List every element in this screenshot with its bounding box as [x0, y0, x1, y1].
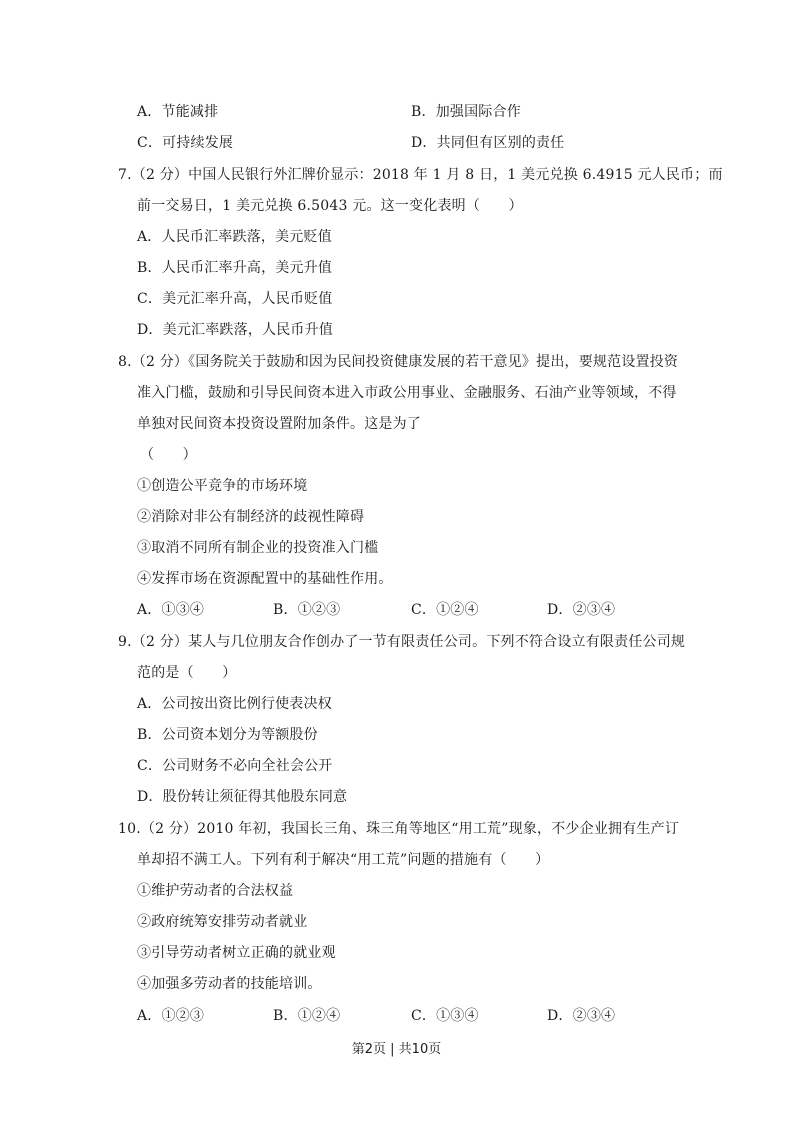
q8-stem-line3: 单独对民间资本投资设置附加条件。这是为了	[137, 415, 421, 433]
q10-option-a: A．①②③	[137, 1007, 204, 1025]
q10-item-2: ②政府统筹安排劳动者就业	[137, 913, 307, 931]
q8-item-4: ④发挥市场在资源配置中的基础性作用。	[137, 570, 393, 588]
q10-stem-line2: 单却招不满工人。下列有利于解决“用工荒”问题的措施有（ ）	[137, 851, 549, 869]
q10-item-3: ③引导劳动者树立正确的就业观	[137, 944, 336, 962]
q10-option-d: D．②③④	[547, 1007, 615, 1025]
q7-option-c: C．美元汇率升高，人民币贬值	[137, 290, 333, 308]
q7-option-b: B．人民币汇率升高，美元升值	[137, 259, 332, 277]
q6-option-c: C．可持续发展	[137, 134, 233, 152]
q8-option-c: C．①②④	[411, 601, 479, 619]
q7-stem-line2: 前一交易日，1 美元兑换 6.5043 元。这一变化表明（ ）	[137, 197, 523, 215]
q6-option-a: A．节能减排	[137, 103, 218, 121]
q8-stem-line2: 准入门槛，鼓励和引导民间资本进入市政公用事业、金融服务、石油产业等领域，不得	[137, 384, 677, 402]
q10-item-1: ①维护劳动者的合法权益	[137, 882, 293, 900]
q8-option-d: D．②③④	[547, 601, 615, 619]
q9-option-a: A．公司按出资比例行使表决权	[137, 695, 332, 713]
q9-option-d: D．股份转让须征得其他股东同意	[137, 788, 347, 806]
page-number-footer: 第2页 | 共10页	[0, 1038, 793, 1057]
q9-option-b: B．公司资本划分为等额股份	[137, 726, 318, 744]
q6-option-b: B．加强国际合作	[411, 103, 521, 121]
q9-stem-line2: 范的是（ ）	[137, 664, 236, 682]
q7-option-d: D．美元汇率跌落，人民币升值	[137, 321, 333, 339]
q10-stem-line1: 10.（2 分）2010 年初，我国长三角、珠三角等地区“用工荒”现象，不少企业…	[118, 820, 679, 838]
q9-option-c: C．公司财务不必向全社会公开	[137, 757, 333, 775]
q8-item-1: ①创造公平竞争的市场环境	[137, 477, 307, 495]
q8-answer-paren: （ ）	[140, 446, 197, 464]
q10-option-c: C．①③④	[411, 1007, 479, 1025]
q9-stem-line1: 9.（2 分）某人与几位朋友合作创办了一节有限责任公司。下列不符合设立有限责任公…	[118, 633, 685, 651]
q8-item-3: ③取消不同所有制企业的投资准入门槛	[137, 539, 378, 557]
q7-option-a: A．人民币汇率跌落，美元贬值	[137, 228, 332, 246]
q8-item-2: ②消除对非公有制经济的歧视性障碍	[137, 508, 364, 526]
q10-item-4: ④加强多劳动者的技能培训。	[137, 975, 322, 993]
q8-option-b: B．①②③	[273, 601, 340, 619]
q10-option-b: B．①②④	[273, 1007, 340, 1025]
q8-stem-line1: 8.（2 分）《国务院关于鼓励和因为民间投资健康发展的若干意见》提出，要规范设置…	[118, 353, 678, 371]
q7-stem-line1: 7.（2 分）中国人民银行外汇牌价显示：2018 年 1 月 8 日，1 美元兑…	[118, 166, 723, 184]
q6-option-d: D．共同但有区别的责任	[411, 134, 564, 152]
q8-option-a: A．①③④	[137, 601, 204, 619]
